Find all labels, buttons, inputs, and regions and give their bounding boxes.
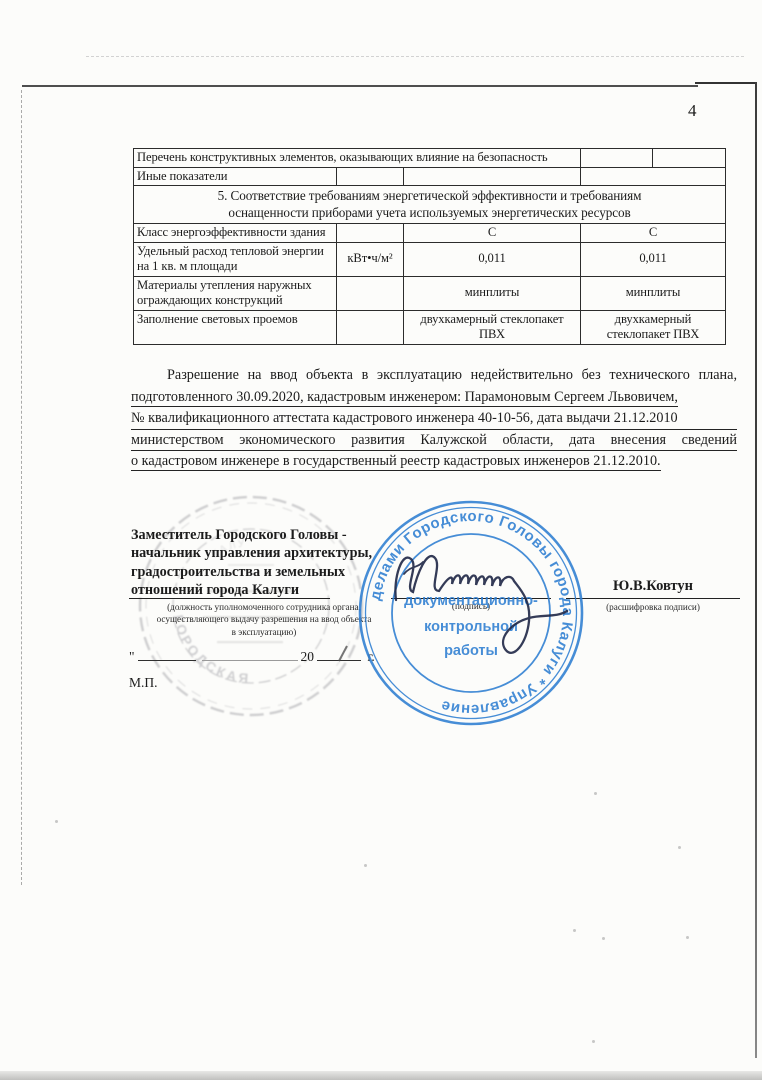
note-line: подготовленного 30.09.2020, кадастровым … [131,387,737,409]
cell-empty [653,149,726,168]
section5-heading: 5. Соответствие требованиям энергетическ… [134,186,726,224]
cell-unit [337,224,404,243]
table-row-materialy: Материалы утепления наружных ограждающих… [134,276,726,310]
scan-speck [678,846,681,849]
scan-speck [573,929,576,932]
cell-empty [581,167,726,186]
blue-round-stamp: делами Городского Головы города Калуги *… [353,495,589,731]
cell-value-fact: С [581,224,726,243]
table-section-heading-row: 5. Соответствие требованиям энергетическ… [134,186,726,224]
cell-value-fact: двухкамерный стеклопакет ПВХ [581,310,726,344]
table-row-perechen: Перечень конструктивных элементов, оказы… [134,149,726,168]
date-line: "20 г. [129,647,375,665]
cell-value-plan: двухкамерный стеклопакет ПВХ [404,310,581,344]
indicators-table: Перечень конструктивных элементов, оказы… [133,148,726,345]
date-open-quote: " [129,649,135,664]
cell-unit: кВт•ч/м² [337,242,404,276]
note-paragraph: Разрешение на ввод объекта в эксплуатаци… [131,365,737,473]
cell-empty [337,167,404,186]
cell-label: Заполнение световых проемов [134,310,337,344]
stamp-center-line: документационно- [404,593,538,609]
scan-artifact-top-dashed-line [86,56,744,57]
date-year-prefix: 20 [301,649,315,664]
cell-unit [337,310,404,344]
cell-label: Материалы утепления наружных ограждающих… [134,276,337,310]
scan-border-left-dashed [21,90,22,885]
table-row-udelny: Удельный расход тепловой энергии на 1 кв… [134,242,726,276]
scan-speck [364,864,367,867]
stamp-center-line: работы [444,643,498,659]
name-caption: (расшифровка подписи) [566,601,740,613]
scan-border-top-right-corner [695,82,757,84]
note-line: № квалификационного аттестата кадастрово… [131,408,737,430]
cell-value-plan: 0,011 [404,242,581,276]
cell-empty [581,149,653,168]
stamp-center-line: контрольной [424,619,518,635]
cell-empty [404,167,581,186]
cell-perechen-label: Перечень конструктивных элементов, оказы… [134,149,581,168]
page-number: 4 [688,101,697,121]
note-line-text: подготовленного 30.09.2020, кадастровым … [131,389,678,407]
note-line: о кадастровом инженере в государственный… [131,451,737,473]
scan-speck [55,820,58,823]
table-row-class: Класс энергоэффективности здания С С [134,224,726,243]
cell-inye-label: Иные показатели [134,167,337,186]
cell-label: Класс энергоэффективности здания [134,224,337,243]
cell-label: Удельный расход тепловой энергии на 1 кв… [134,242,337,276]
seal-place-mark: М.П. [129,675,158,691]
table-row-inye: Иные показатели [134,167,726,186]
note-line-text: о кадастровом инженере в государственный… [131,453,661,471]
scan-border-top [22,85,698,87]
section5-heading-line1: 5. Соответствие требованиям энергетическ… [138,188,721,205]
cell-value-fact: минплиты [581,276,726,310]
scan-bottom-shadow [0,1071,762,1080]
document-page: 4 ГОРОДСКАЯ КАЛУ Перечень конструктивных… [0,0,762,1080]
cell-value-plan: С [404,224,581,243]
signer-name: Ю.В.Ковтун [566,578,740,595]
position-underline [129,598,330,599]
scan-speck [686,936,689,939]
note-line: Разрешение на ввод объекта в эксплуатаци… [131,365,737,387]
table-row-zapolnenie: Заполнение световых проемов двухкамерный… [134,310,726,344]
section5-heading-line2: оснащенности приборами учета используемы… [138,205,721,222]
cell-value-plan: минплиты [404,276,581,310]
stamp-ring-text: делами Городского Головы города Калуги *… [367,508,576,718]
name-underline [566,598,740,599]
scan-speck [602,937,605,940]
svg-text:делами Городского Головы го: делами Городского Головы города Калуги *… [367,508,576,718]
cell-value-fact: 0,011 [581,242,726,276]
date-month-blank [202,647,298,661]
scan-speck [592,1040,595,1043]
scan-border-right [755,82,757,1058]
scan-speck [594,792,597,795]
date-day-blank [138,647,196,661]
cell-unit [337,276,404,310]
note-line: министерством экономического развития Ка… [131,430,737,452]
